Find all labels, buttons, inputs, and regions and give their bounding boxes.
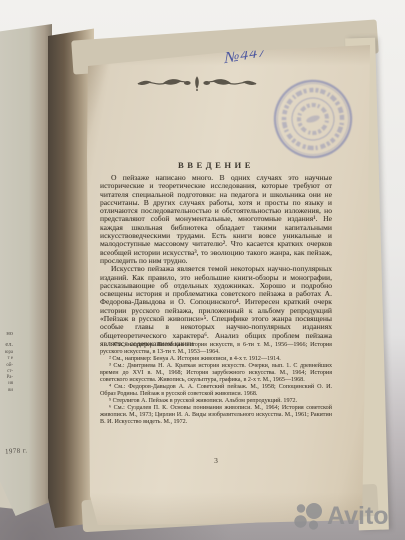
page-number: 3: [100, 456, 332, 465]
book-photo: но ел. юра т е ой- ст- Ра- ия ви 1978 г.: [0, 0, 405, 540]
left-page-fragment: но: [0, 328, 13, 339]
imprint-year: 1978 г.: [5, 446, 28, 455]
footnote: ² См., например: Бенуа А. История живопи…: [100, 356, 332, 363]
footnotes-block: ¹ См., например: Всеобщая история искусс…: [100, 342, 332, 426]
avito-watermark: Avito: [293, 499, 405, 533]
left-page-text-fragments: но ел. юра т е ой- ст- Ра- ия ви: [0, 328, 13, 394]
left-page-fragment: ел.: [0, 339, 13, 350]
library-stamp-icon: [259, 65, 367, 173]
book-page: №447 ВВЕДЕНИЕ О пейзаже написано много. …: [78, 36, 380, 532]
book-gutter-shadow: [48, 26, 94, 528]
body-text: О пейзаже написано много. В одних случая…: [100, 174, 332, 348]
ornament-divider-icon: [134, 74, 260, 92]
footnote: ⁵ Стерлигов А. Пейзаж в русской живописи…: [100, 398, 332, 405]
footnote: ⁴ См.: Федоров-Давыдов А. А. Советский п…: [100, 384, 332, 398]
avito-logo-icon: [293, 501, 323, 531]
body-paragraph: Искусство пейзажа является темой некотор…: [100, 265, 332, 348]
left-page-edge: [0, 24, 52, 516]
footnote: ¹ См., например: Всеобщая история искусс…: [100, 342, 332, 356]
body-paragraph: О пейзаже написано много. В одних случая…: [100, 174, 332, 265]
footnote: ³ См.: Дмитриева Н. А. Краткая история и…: [100, 363, 332, 384]
page-heading: ВВЕДЕНИЕ: [100, 160, 332, 170]
footnote: ⁶ См.: Суздалев П. К. Основы понимания ж…: [100, 405, 332, 426]
avito-wordmark: Avito: [327, 502, 389, 531]
left-page-fragment: ви: [0, 388, 13, 394]
